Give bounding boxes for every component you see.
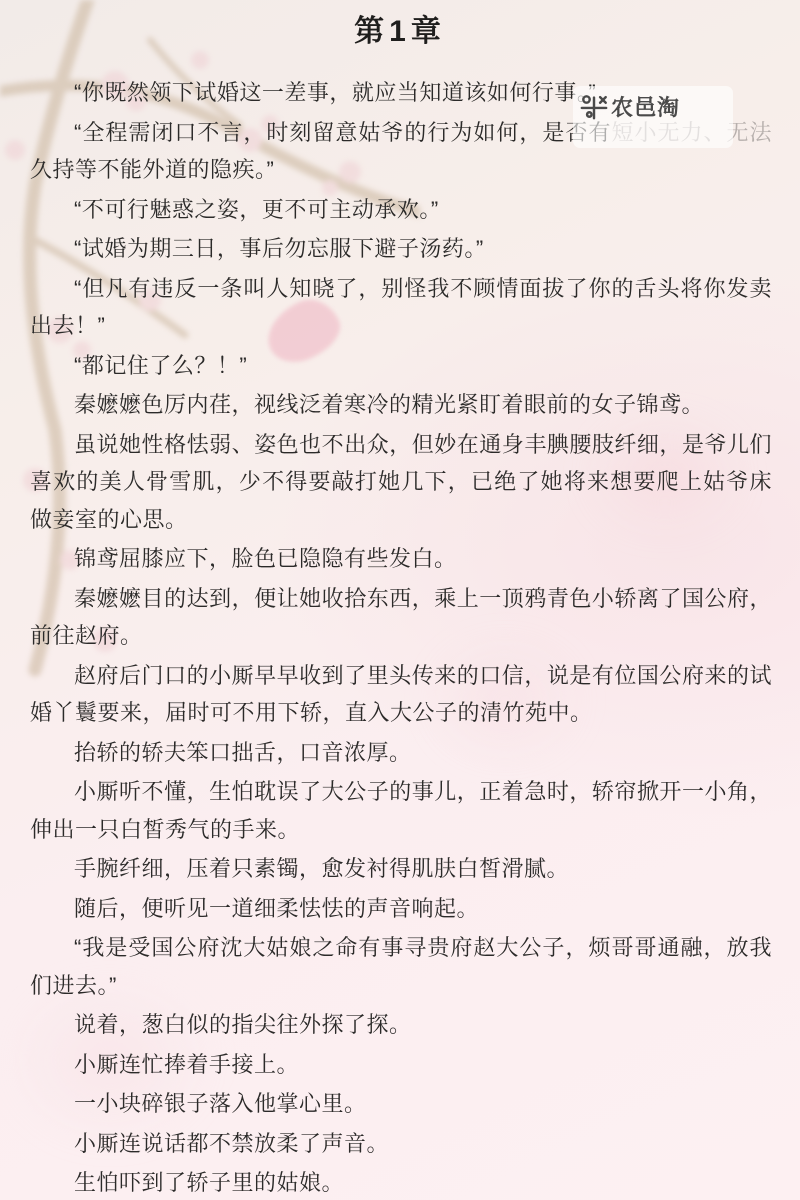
chapter-title: 第1章 (0, 0, 800, 50)
paragraph: 一小块碎银子落入他掌心里。 (30, 1085, 772, 1123)
paragraph: 锦鸢屈膝应下，脸色已隐隐有些发白。 (30, 540, 772, 578)
paragraph: 随后，便听见一道细柔怯怯的声音响起。 (30, 890, 772, 928)
brand-watermark: 农邑淘 (573, 86, 733, 148)
paragraph: 生怕吓到了轿子里的姑娘。 (30, 1164, 772, 1200)
rice-star-logo-icon (579, 92, 609, 122)
paragraph: “但凡有违反一条叫人知晓了，别怪我不顾情面拔了你的舌头将你发卖出去！” (30, 270, 772, 345)
paragraphs: “你既然领下试婚这一差事，就应当知道该如何行事。”“全程需闭口不言，时刻留意姑爷… (0, 74, 800, 1200)
paragraph: 小厮连说话都不禁放柔了声音。 (30, 1125, 772, 1163)
paragraph: “试婚为期三日，事后勿忘服下避子汤药。” (30, 230, 772, 268)
novel-reader-page: 第1章 “你既然领下试婚这一差事，就应当知道该如何行事。”“全程需闭口不言，时刻… (0, 0, 800, 1200)
paragraph: “都记住了么？！” (30, 347, 772, 385)
paragraph: 抬轿的轿夫笨口拙舌，口音浓厚。 (30, 734, 772, 772)
paragraph: “我是受国公府沈大姑娘之命有事寻贵府赵大公子，烦哥哥通融，放我们进去。” (30, 929, 772, 1004)
paragraph: 秦嬷嬷目的达到，便让她收拾东西，乘上一顶鸦青色小轿离了国公府，前往赵府。 (30, 580, 772, 655)
paragraph: 小厮听不懂，生怕耽误了大公子的事儿，正着急时，轿帘掀开一小角，伸出一只白皙秀气的… (30, 773, 772, 848)
paragraph: 手腕纤细，压着只素镯，愈发衬得肌肤白皙滑腻。 (30, 850, 772, 888)
brand-row: 农邑淘 (579, 91, 680, 122)
paragraph: 赵府后门口的小厮早早收到了里头传来的口信，说是有位国公府来的试婚丫鬟要来，届时可… (30, 657, 772, 732)
paragraph: 说着，葱白似的指尖往外探了探。 (30, 1006, 772, 1044)
paragraph: 虽说她性格怯弱、姿色也不出众，但妙在通身丰腆腰肢纤细，是爷儿们喜欢的美人骨雪肌，… (30, 426, 772, 539)
paragraph: “不可行魅惑之姿，更不可主动承欢。” (30, 191, 772, 229)
paragraph: 秦嬷嬷色厉内荏，视线泛着寒冷的精光紧盯着眼前的女子锦鸢。 (30, 386, 772, 424)
brand-name: 农邑淘 (611, 91, 680, 122)
paragraph: 小厮连忙捧着手接上。 (30, 1046, 772, 1084)
